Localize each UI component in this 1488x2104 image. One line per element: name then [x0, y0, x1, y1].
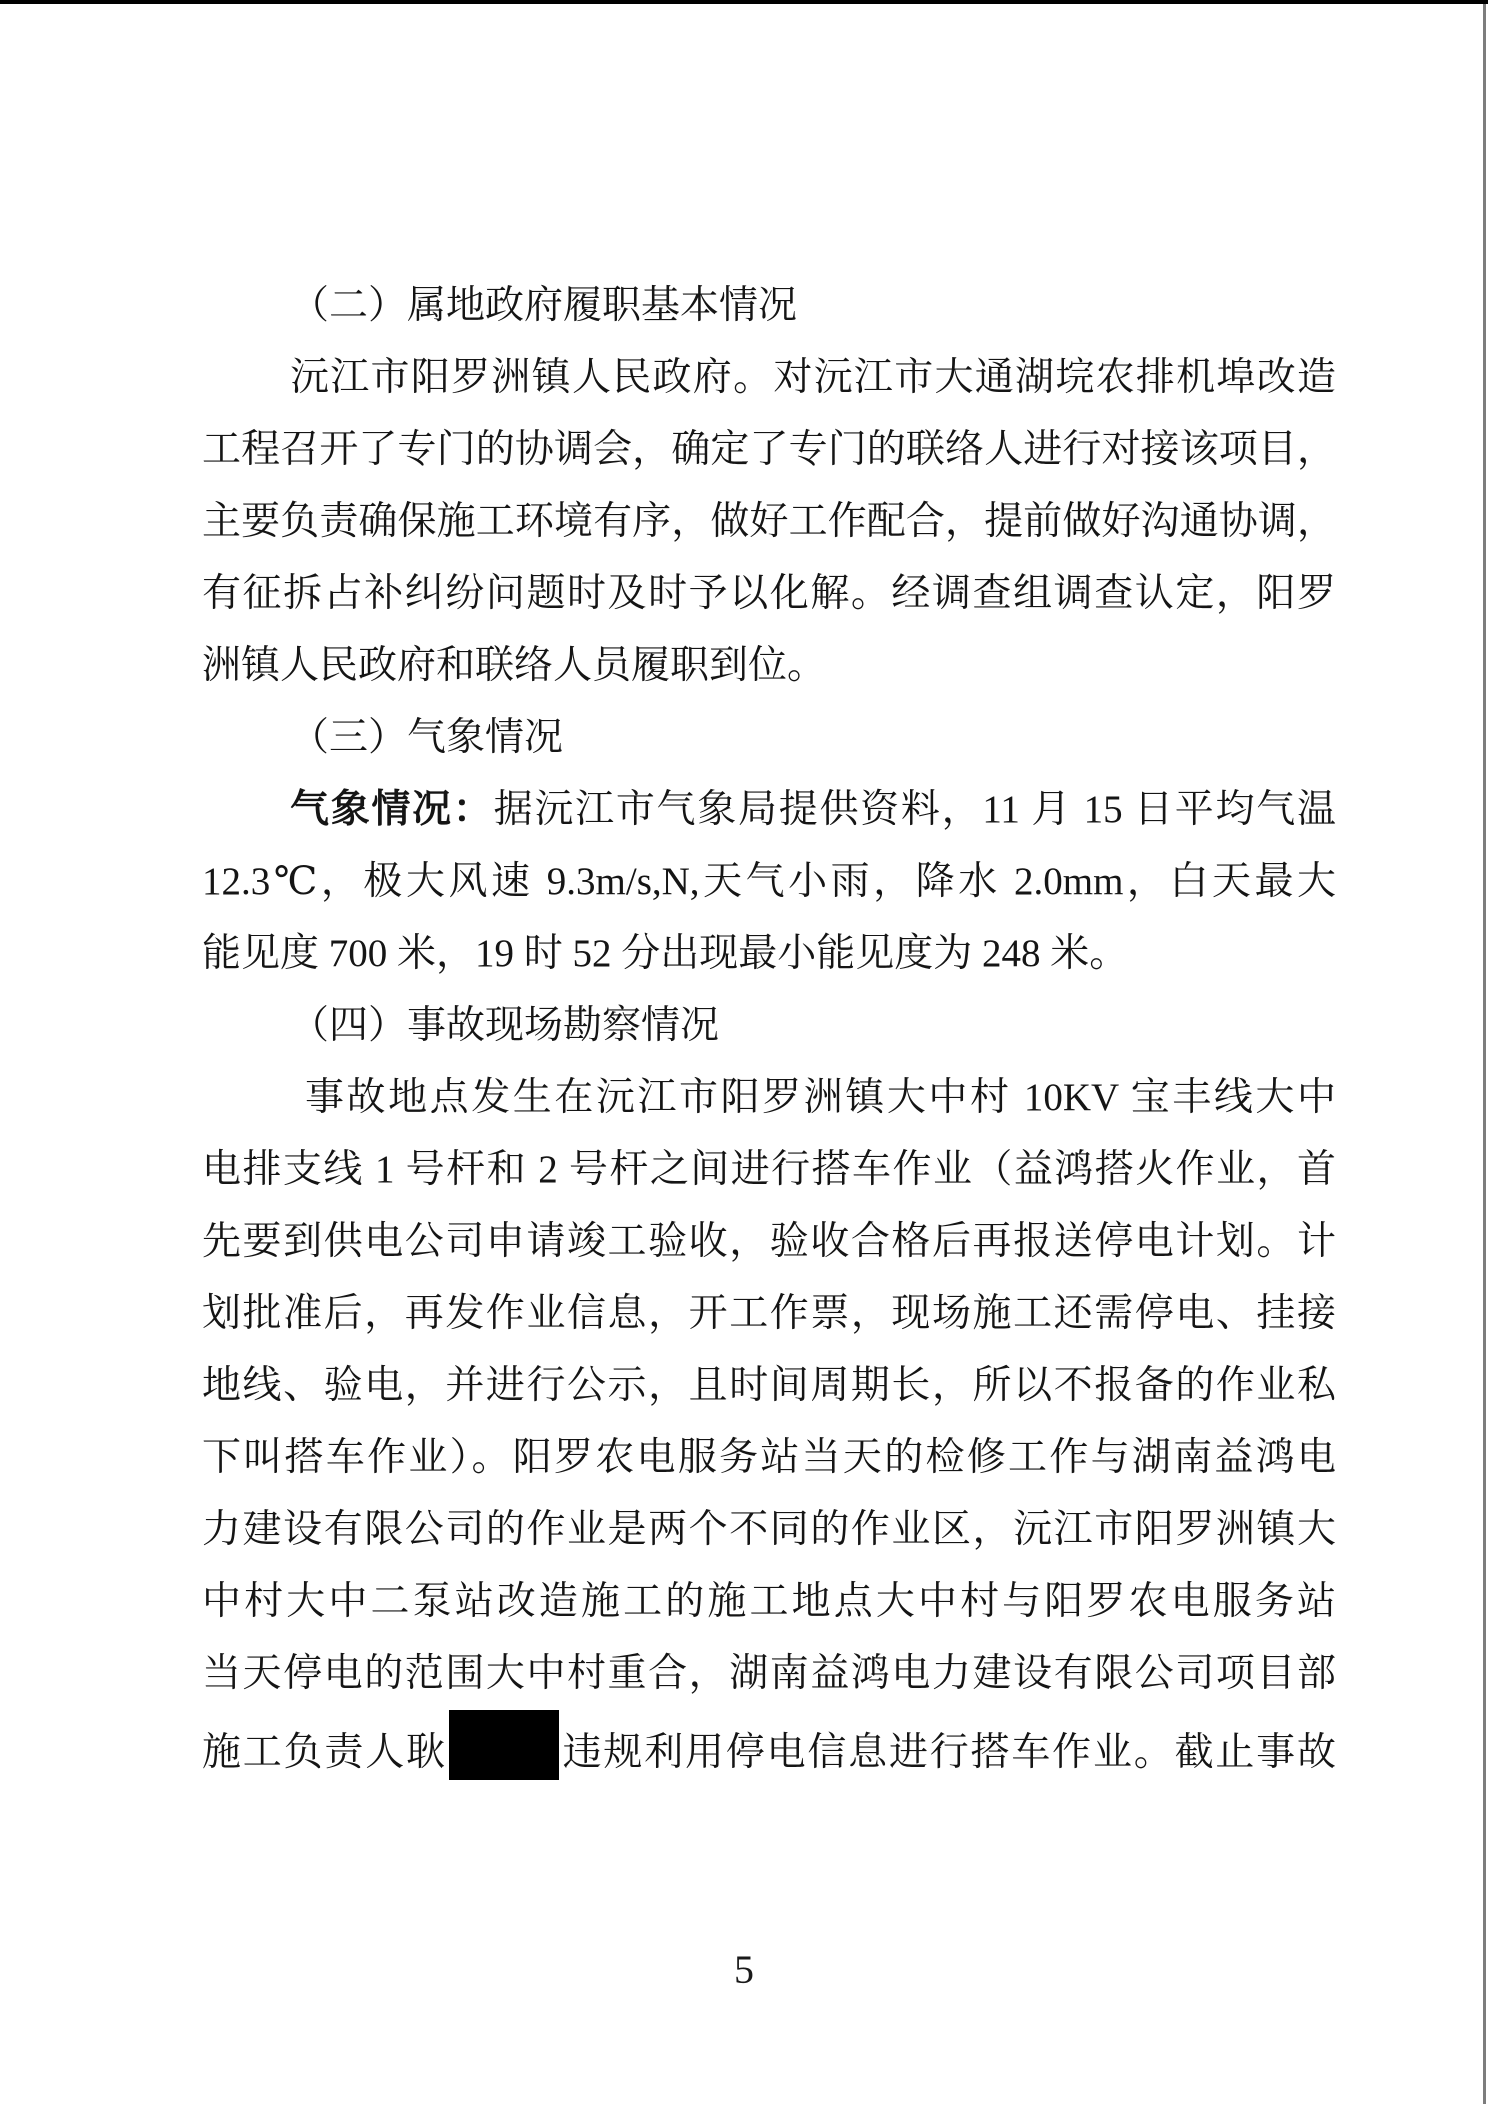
body-line: 能见度 700 米，19 时 52 分出现最小能见度为 248 米。	[202, 918, 1336, 990]
text-run: 电排支线 1 号杆和 2 号杆之间进行搭车作业（益鸿搭火作业，首	[202, 1148, 1336, 1191]
scan-edge-right	[1483, 4, 1486, 2104]
document-text-block: （二）属地政府履职基本情况沅江市阳罗洲镇人民政府。对沅江市大通湖垸农排机埠改造工…	[202, 270, 1336, 1789]
body-line: 力建设有限公司的作业是两个不同的作业区，沅江市阳罗洲镇大	[202, 1494, 1336, 1566]
text-run: （三）气象情况	[290, 716, 563, 759]
text-run: 中村大中二泵站改造施工的施工地点大中村与阳罗农电服务站	[202, 1580, 1336, 1623]
heading-line: （三）气象情况	[202, 702, 1336, 774]
scan-edge-top	[0, 0, 1488, 4]
body-line: 工程召开了专门的协调会，确定了专门的联络人进行对接该项目，	[202, 414, 1336, 486]
text-run: （四）事故现场勘察情况	[290, 1004, 719, 1047]
text-run: 施工负责人耿	[202, 1731, 447, 1774]
text-run: 违规利用停电信息进行搭车作业。截止事故	[561, 1731, 1336, 1774]
text-run: 洲镇人民政府和联络人员履职到位。	[202, 644, 826, 687]
text-run: 下叫搭车作业）。阳罗农电服务站当天的检修工作与湖南益鸿电	[202, 1436, 1336, 1479]
body-line: 地线、验电，并进行公示，且时间周期长，所以不报备的作业私	[202, 1350, 1336, 1422]
body-line: 施工负责人耿违规利用停电信息进行搭车作业。截止事故	[202, 1710, 1336, 1789]
redaction-box	[449, 1710, 559, 1780]
body-line: 洲镇人民政府和联络人员履职到位。	[202, 630, 1336, 702]
text-run: 主要负责确保施工环境有序，做好工作配合，提前做好沟通协调，	[202, 500, 1336, 543]
heading-line: （二）属地政府履职基本情况	[202, 270, 1336, 342]
page-number: 5	[0, 1948, 1488, 1992]
body-line: 电排支线 1 号杆和 2 号杆之间进行搭车作业（益鸿搭火作业，首	[202, 1134, 1336, 1206]
body-line: 当天停电的范围大中村重合，湖南益鸿电力建设有限公司项目部	[202, 1638, 1336, 1710]
bold-label: 气象情况：	[290, 788, 494, 831]
text-run: 先要到供电公司申请竣工验收，验收合格后再报送停电计划。计	[202, 1220, 1336, 1263]
text-run: 有征拆占补纠纷问题时及时予以化解。经调查组调查认定，阳罗	[202, 572, 1336, 615]
body-line: 先要到供电公司申请竣工验收，验收合格后再报送停电计划。计	[202, 1206, 1336, 1278]
body-line: 沅江市阳罗洲镇人民政府。对沅江市大通湖垸农排机埠改造	[202, 342, 1336, 414]
body-line: 有征拆占补纠纷问题时及时予以化解。经调查组调查认定，阳罗	[202, 558, 1336, 630]
heading-line: （四）事故现场勘察情况	[202, 990, 1336, 1062]
text-run: 地线、验电，并进行公示，且时间周期长，所以不报备的作业私	[202, 1364, 1336, 1407]
body-line: 主要负责确保施工环境有序，做好工作配合，提前做好沟通协调，	[202, 486, 1336, 558]
body-line: 事故地点发生在沅江市阳罗洲镇大中村 10KV 宝丰线大中	[202, 1062, 1336, 1134]
body-line: 划批准后，再发作业信息，开工作票，现场施工还需停电、挂接	[202, 1278, 1336, 1350]
text-run: （二）属地政府履职基本情况	[290, 284, 797, 327]
text-run: 据沅江市气象局提供资料，11 月 15 日平均气温	[494, 788, 1336, 831]
document-page: （二）属地政府履职基本情况沅江市阳罗洲镇人民政府。对沅江市大通湖垸农排机埠改造工…	[0, 0, 1488, 2104]
text-run: 沅江市阳罗洲镇人民政府。对沅江市大通湖垸农排机埠改造	[290, 356, 1336, 399]
text-run: 划批准后，再发作业信息，开工作票，现场施工还需停电、挂接	[202, 1292, 1336, 1335]
text-run: 12.3℃，极大风速 9.3m/s,N,天气小雨，降水 2.0mm，白天最大	[202, 860, 1336, 903]
body-line: 中村大中二泵站改造施工的施工地点大中村与阳罗农电服务站	[202, 1566, 1336, 1638]
text-run: 事故地点发生在沅江市阳罗洲镇大中村 10KV 宝丰线大中	[305, 1076, 1336, 1119]
text-run: 能见度 700 米，19 时 52 分出现最小能见度为 248 米。	[202, 932, 1128, 975]
text-run: 力建设有限公司的作业是两个不同的作业区，沅江市阳罗洲镇大	[202, 1508, 1336, 1551]
body-line: 12.3℃，极大风速 9.3m/s,N,天气小雨，降水 2.0mm，白天最大	[202, 846, 1336, 918]
body-line: 下叫搭车作业）。阳罗农电服务站当天的检修工作与湖南益鸿电	[202, 1422, 1336, 1494]
text-run: 当天停电的范围大中村重合，湖南益鸿电力建设有限公司项目部	[202, 1652, 1336, 1695]
text-run: 工程召开了专门的协调会，确定了专门的联络人进行对接该项目，	[202, 428, 1336, 471]
body-line: 气象情况：据沅江市气象局提供资料，11 月 15 日平均气温	[202, 774, 1336, 846]
